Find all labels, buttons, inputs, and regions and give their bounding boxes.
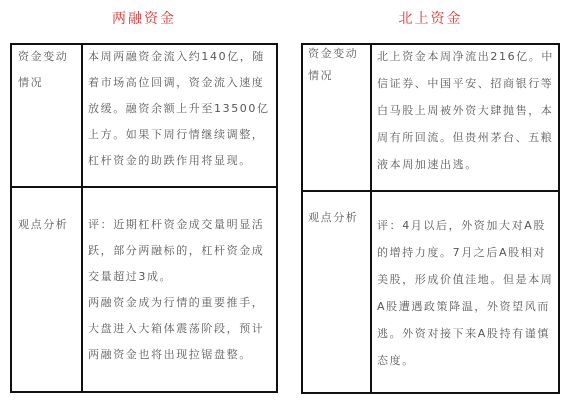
analysis-paragraph: 两融资金成为行情的重要推手，大盘进入大箱体震荡阶段，预计两融资金也将出现拉锯盘整… <box>88 290 274 368</box>
column-divider <box>81 45 83 391</box>
row-content-fund-change: 北上资金本周净流出216亿。中信证券、中国平安、招商银行等白马股上周被外资大肆抛… <box>377 43 557 178</box>
row-content-analysis: 评：4月以后，外资加大对A股的增持力度。7月之后A股相对美股，形成价值洼地。但是… <box>377 212 557 374</box>
right-section-title: 北上资金 <box>301 8 560 28</box>
row-label-fund-change: 资金变动情况 <box>308 43 368 87</box>
analysis-paragraph: 评：近期杠杆资金成交量明显活跃，部分两融标的，杠杆资金成交量超过3成。 <box>88 212 274 290</box>
northbound-funds-table: 资金变动情况 北上资金本周净流出216亿。中信证券、中国平安、招商银行等白马股上… <box>301 43 560 394</box>
row-content-fund-change: 本周两融资金流入约140亿，随着市场高位回调，资金流入速度放缓。融资余额上升至1… <box>88 44 274 174</box>
margin-financing-table: 资金变动情况 本周两融资金流入约140亿，随着市场高位回调，资金流入速度放缓。融… <box>10 43 278 393</box>
row-label-fund-change: 资金变动情况 <box>18 44 78 96</box>
row-label-analysis: 观点分析 <box>308 205 368 231</box>
row-divider <box>303 190 558 192</box>
row-label-analysis: 观点分析 <box>18 212 78 238</box>
left-section-title: 两融资金 <box>10 8 278 28</box>
row-divider <box>12 186 276 188</box>
column-divider <box>370 45 372 392</box>
row-content-analysis: 评：近期杠杆资金成交量明显活跃，部分两融标的，杠杆资金成交量超过3成。 两融资金… <box>88 212 274 368</box>
